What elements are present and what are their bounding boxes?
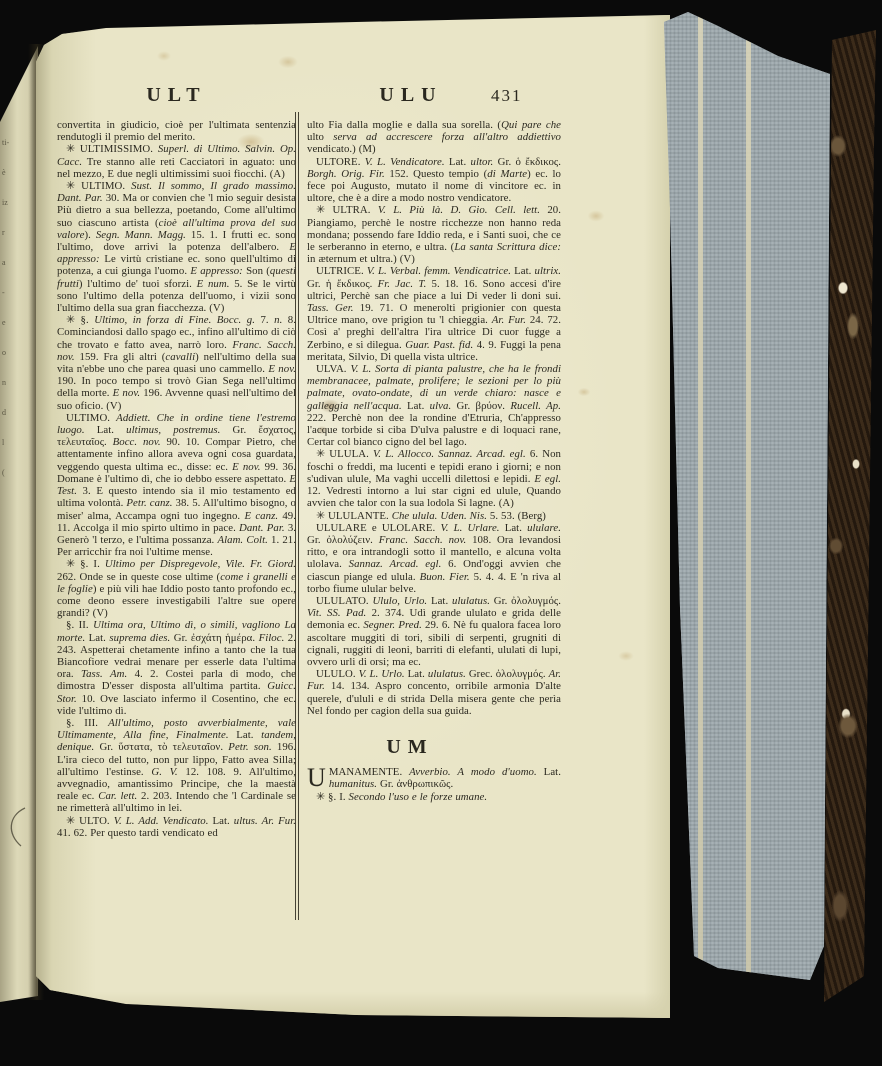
entry-ultrice: ULTRICE. V. L. Verbal. femm. Vendicatric… (307, 265, 561, 363)
text-run: 14. 134. Aspro concento, orribile armoni… (307, 680, 561, 716)
entry-umanamente: UMANAMENTE. Avverbio. A modo d'uomo. Lat… (307, 766, 561, 790)
text-fragment: n (2, 368, 16, 398)
text-run: V. L. Urlo. (359, 668, 405, 680)
entry-ululo: ULULO. V. L. Urlo. Lat. ululatus. Grec. … (307, 668, 561, 717)
text-run: ululatus. (452, 595, 490, 607)
text-run: Son ( (243, 265, 270, 277)
text-run: Che ulula. Uden. Nis. (392, 510, 487, 522)
text-run: Lat. (85, 424, 127, 436)
entry-ultimo-sec-3: §. III. All'ultimo, posto avverbialmente… (57, 717, 296, 815)
text-run: V. L. Verbal. femm. Vendicatrice. (367, 265, 511, 277)
text-run: Gr. ὀλολυγμός. (490, 595, 561, 607)
text-column-right: ulto Fia dalla moglie e dalla sua sorell… (307, 119, 561, 803)
text-run: 7. (255, 314, 274, 326)
facing-page-fragments: ti-èizra-eondl( (2, 128, 16, 488)
entry-ultimo-sec-2: §. II. Ultima ora, Ultimo dì, o simili, … (57, 619, 296, 717)
fore-edge-pages (658, 8, 834, 1016)
text-run: vendicato.) (M) (307, 143, 376, 155)
text-run: serva ad accrescere forza all'altro addi… (333, 131, 561, 143)
entry-ultimo-in-forza-di-fine: ✳ §. Ultimo, in forza di Fine. Bocc. g. … (57, 314, 296, 412)
text-fragment: iz (2, 188, 16, 218)
text-run: Gr. ἐσχάτη ἡμέρα. (170, 632, 258, 644)
text-run: Buon. Fier. (420, 571, 470, 583)
text-run: Secondo l'uso e le forze umane. (349, 791, 488, 803)
scanned-book-photo: { "book": { "running_heads": { "left": "… (0, 0, 882, 1066)
entry-ululante: ✳ ULULANTE. Che ulula. Uden. Nis. 5. 53.… (307, 510, 561, 522)
text-run: Tre stanno alle reti Cacciatori in aguat… (57, 156, 296, 180)
text-run: ✳ ULTRA. (316, 204, 378, 216)
entry-ultimo-sec-1: ✳ §. I. Ultimo per Dispregevole, Vile. F… (57, 558, 296, 619)
text-run: Fr. Jac. T. (378, 278, 427, 290)
text-run: ) e più vili hae Iddio posto tanto profo… (57, 583, 296, 619)
text-run: UMANAMENTE. (329, 766, 409, 778)
text-run: Lat. (405, 668, 428, 680)
text-run: cavalli (165, 351, 195, 363)
text-run: V. L. Vendicatore. (365, 156, 445, 168)
text-run: Lat. (208, 815, 233, 827)
right-column-tail: UMANAMENTE. Avverbio. A modo d'uomo. Lat… (307, 766, 561, 803)
text-run: Petr. son. (228, 741, 271, 753)
text-run: ✳ ULTIMO. (66, 180, 131, 192)
entry-ultra: ✳ ULTRA. V. L. Più là. D. Gio. Cell. let… (307, 204, 561, 265)
text-fragment: l (2, 428, 16, 458)
running-head-right: ULU (316, 84, 506, 107)
text-run: 152. Questo tempio ( (385, 168, 488, 180)
text-run: ULULO. (316, 668, 359, 680)
entry-ulto: ✳ ULTO. V. L. Add. Vendicato. Lat. ultus… (57, 815, 296, 839)
section-heading-um: UM (307, 741, 561, 753)
text-run: Alam. Colt. (217, 534, 267, 546)
text-run: Rucell. Ap. (510, 400, 561, 412)
text-run: ulva. (430, 400, 452, 412)
text-run: Lat. (402, 400, 430, 412)
text-fragment: d (2, 398, 16, 428)
text-run: ULULATO. (316, 595, 372, 607)
text-run: Ultimo per Dispregevole, Vile. Fr. Giord… (105, 558, 296, 570)
text-run: Qui pare che (501, 119, 561, 131)
text-run: E num. (197, 278, 230, 290)
text-run: Lat. (500, 522, 528, 534)
text-run: E canz. (244, 510, 278, 522)
text-run: ✳ ULULANTE. (316, 510, 392, 522)
text-run: ✳ ULTIMISSIMO. (66, 143, 158, 155)
text-run: ✳ ULULA. (316, 448, 373, 460)
text-run: 10. Ove lasciato infermo il Cosentino, c… (57, 693, 296, 717)
text-run: G. V. (151, 766, 177, 778)
text-run: ultrix. (535, 265, 561, 277)
text-run: §. II. (66, 619, 93, 631)
text-run: ululare. (527, 522, 561, 534)
right-column-entries: ulto Fia dalla moglie e dalla sua sorell… (307, 119, 561, 717)
page-block-separator (698, 8, 703, 1016)
text-run: Ultimo, in forza di Fine. Bocc. g. (94, 314, 255, 326)
text-run: Lat. (427, 595, 452, 607)
text-run: Gr. ὁ ἔκδικος. (493, 156, 561, 168)
text-run: 41. 62. Per questo tardi vendicato ed (57, 827, 218, 839)
text-run: Gr. βρύον. (451, 400, 510, 412)
text-run: ulto (307, 131, 333, 143)
text-run: ultimus, postremus. (126, 424, 220, 436)
text-run: La santa Scrittura dice: (454, 241, 561, 253)
text-run: ulto Fia dalla moglie e dalla sua sorell… (307, 119, 501, 131)
text-run: V. L. Urlare. (440, 522, 499, 534)
text-run: Gr. ἀνθρωπικῶς. (377, 778, 453, 790)
text-column-left: convertita in giudicio, cioè per l'ultim… (57, 119, 296, 839)
text-run: ✳ ULTO. (66, 815, 114, 827)
entry-ulva: ULVA. V. L. Sorta di pianta palustre, ch… (307, 363, 561, 448)
text-fragment: a (2, 248, 16, 278)
text-run: Sannaz. Arcad. egl. (349, 558, 442, 570)
text-run: ululatus. (428, 668, 466, 680)
entry-ululare: ULULARE e ULOLARE. V. L. Urlare. Lat. ul… (307, 522, 561, 595)
text-run: di Marte (487, 168, 527, 180)
running-head-left: ULT (57, 84, 296, 107)
entry-ultimo-addiett: ULTIMO. Addiett. Che in ordine tiene l'e… (57, 412, 296, 558)
text-run: Vit. SS. Pad. (307, 607, 366, 619)
entry-ultimissimo: ✳ ULTIMISSIMO. Superl. di Ultimo. Salvin… (57, 143, 296, 180)
text-run: 12. Vedresti intorno a lui star cigni ed… (307, 485, 561, 509)
text-fragment: o (2, 338, 16, 368)
text-run: ✳ §. I. (66, 558, 105, 570)
page-number: 431 (491, 86, 523, 106)
text-run: ULVA. (316, 363, 350, 375)
text-run: Gr. ὕστατα, τὸ τελευταῖον. (94, 741, 228, 753)
text-run: V. L. Più là. D. Gio. Cell. lett. (378, 204, 540, 216)
text-fragment: - (2, 278, 16, 308)
text-run: V. L. Add. Vendicato. (114, 815, 209, 827)
text-run: Filoc. (259, 632, 285, 644)
text-run: Gr. ἡ ἔκδικος. (307, 278, 378, 290)
text-run: Lat. (85, 632, 109, 644)
text-fragment: ( (2, 458, 16, 488)
text-run: ULTRICE. (316, 265, 367, 277)
text-run: ) l'ultimo de' tuoi sforzi. (79, 278, 197, 290)
text-run: E nov. (232, 461, 260, 473)
text-run: Segn. Mann. Magg. (96, 229, 186, 241)
text-run: Franc. Sacch. nov. (379, 534, 467, 546)
text-run: ✳ §. I. (316, 791, 349, 803)
text-run: 262. Onde se in queste cose ultime ( (57, 571, 220, 583)
entry-ululato: ULULATO. Ululo, Urlo. Lat. ululatus. Gr.… (307, 595, 561, 668)
text-run: Lat. (511, 265, 535, 277)
text-run: ULTORE. (316, 156, 365, 168)
text-run: E nov. (113, 387, 140, 399)
text-fragment: è (2, 158, 16, 188)
text-run: humanitus. (329, 778, 377, 790)
text-fragment: r (2, 218, 16, 248)
text-run: Dant. Par. (239, 522, 285, 534)
text-run: ). (84, 229, 95, 241)
text-run: E nov. (268, 363, 296, 375)
entry-ultore: ULTORE. V. L. Vendicatore. Lat. ultor. G… (307, 156, 561, 205)
text-run: E appresso: (190, 265, 243, 277)
book-page: ULT ULU 431 convertita in giudicio, cioè… (36, 0, 670, 1024)
text-run: ULULARE e ULOLARE. (316, 522, 440, 534)
text-run: Lat. (229, 729, 262, 741)
text-run: E egl. (534, 473, 561, 485)
text-run: suprema dies. (109, 632, 170, 644)
text-run: 5. 53. (Berg) (487, 510, 546, 522)
text-run: Grec. ὀλολυγμός. (466, 668, 549, 680)
text-fragment: e (2, 308, 16, 338)
book-scan: ti-èizra-eondl( ULT ULU 431 convertita i… (0, 0, 882, 1066)
entry-ultimo-sust: ✳ ULTIMO. Sust. Il sommo, Il grado massi… (57, 180, 296, 314)
text-run: Lat. (445, 156, 471, 168)
text-run: ✳ §. (66, 314, 94, 326)
text-run: Petr. canz. (126, 497, 172, 509)
text-run: Gr. ὀλολύζειν. (307, 534, 379, 546)
text-run: Tass. Ger. (307, 302, 354, 314)
text-run: ultor. (471, 156, 494, 168)
entry-ulto-continued: ulto Fia dalla moglie e dalla sua sorell… (307, 119, 561, 156)
continuation-from-previous-page: convertita in giudicio, cioè per l'ultim… (57, 119, 296, 143)
text-fragment: ti- (2, 128, 16, 158)
text-run: Ululo, Urlo. (372, 595, 427, 607)
page-block-separator (746, 8, 751, 1016)
text-run: 222. Perchè non dee la rondine d'Etruria… (307, 412, 561, 448)
text-run: in æternum et ultra.) (V) (307, 253, 415, 265)
text-run: ULTIMO. (66, 412, 116, 424)
text-run: ultus. Ar. Fur. (234, 815, 296, 827)
text-run: Segner. Pred. (363, 619, 422, 631)
text-run: Tass. Am. (81, 668, 127, 680)
text-run: Lat. (537, 766, 561, 778)
text-run: Ar. Fur. (492, 314, 526, 326)
text-run: Guar. Past. fid. (405, 339, 473, 351)
text-run: 159. Fra gli altri ( (75, 351, 166, 363)
ink-squiggle (4, 806, 30, 848)
text-run: Borgh. Orig. Fir. (307, 168, 385, 180)
text-run: V. L. Allocco. Sannaz. Arcad. egl. (373, 448, 526, 460)
entry-umanamente-sec-1: ✳ §. I. Secondo l'uso e le forze umane. (307, 791, 561, 803)
text-run: convertita in giudicio, cioè per l'ultim… (57, 119, 296, 143)
text-run: Car. lett. (98, 790, 137, 802)
text-run: §. III. (66, 717, 108, 729)
text-run: Bocc. nov. (113, 436, 161, 448)
text-run: Avverbio. A modo d'uomo. (409, 766, 537, 778)
entry-ulula: ✳ ULULA. V. L. Allocco. Sannaz. Arcad. e… (307, 448, 561, 509)
